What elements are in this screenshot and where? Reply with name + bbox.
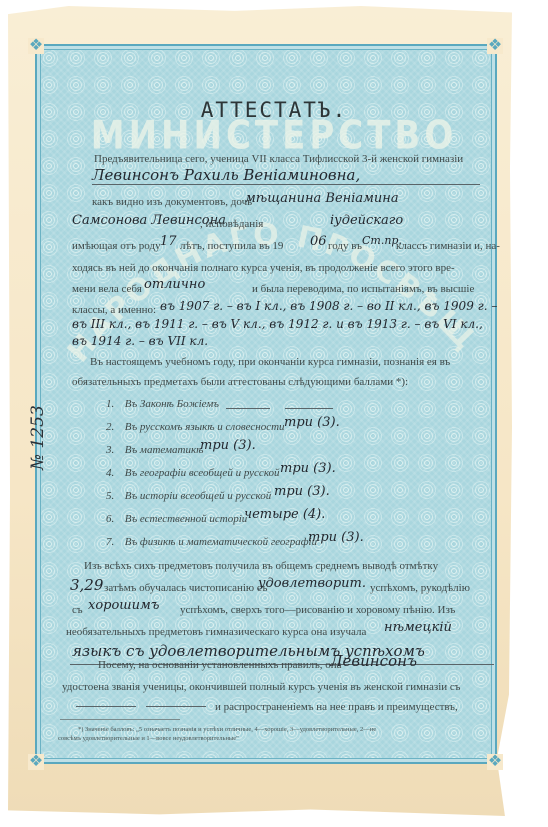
- subject-grade: три (3).: [200, 438, 256, 453]
- summary-line-4: необязательныхъ предметовъ гимназическаг…: [66, 626, 366, 638]
- conclusion-line-1: Посему, на основаніи установленныхъ прав…: [98, 659, 342, 671]
- subject-grade: четыре (4).: [244, 507, 325, 522]
- intro-line-3: , исповѣданія: [200, 218, 263, 230]
- conclusion-line-3: и распространеніемъ на нее правъ и преим…: [215, 701, 458, 713]
- fill-line: [76, 706, 136, 707]
- student-name: Левинсонъ Рахиль Веніаминовна,: [92, 166, 360, 184]
- intro-line-4b: лѣтъ, поступила въ 19: [180, 240, 283, 252]
- subject-row: 2. Въ русскомъ языкѣ и словесности: [106, 421, 285, 433]
- fill-line: [92, 184, 480, 185]
- conclusion-name: Левинсонъ: [330, 652, 417, 670]
- subject-num: 7.: [106, 536, 122, 548]
- promotions-3: въ 1914 г. – въ VII кл.: [72, 334, 208, 348]
- subject-row: 7. Въ физикѣ и математической географіи: [106, 536, 317, 548]
- subject-num: 1.: [106, 398, 122, 410]
- subject-name: Въ русскомъ языкѣ и словесности: [125, 421, 285, 433]
- footnote-line-1: *) Значеніе балловъ: „5 означаетъ познан…: [78, 726, 376, 733]
- subject-name: Въ естественной исторіи: [125, 513, 248, 525]
- summary-line-3a: съ: [72, 604, 83, 616]
- subject-name: Въ географіи всеобщей и русской: [125, 467, 280, 479]
- intro-line-6b: и была переводима, по испытаніямъ, въ вы…: [252, 283, 474, 295]
- promotions-1: въ 1907 г. – въ I кл., въ 1908 г. – во I…: [160, 299, 497, 313]
- document-title: АТТЕСТАТЪ.: [0, 98, 548, 122]
- intro-line-2: какъ видно изъ документовъ, дочь: [92, 196, 252, 208]
- subject-grade: три (3).: [284, 415, 340, 430]
- intro-line-4c: году въ: [328, 240, 362, 252]
- subject-row: 6. Въ естественной исторіи: [106, 513, 247, 525]
- penmanship-grade: удовлетворит.: [258, 576, 366, 591]
- conclusion-line-2: удостоена званія ученицы, окончившей пол…: [62, 681, 460, 693]
- subject-name: Въ математикѣ: [125, 444, 204, 456]
- corner-ornament-icon: ❖: [487, 38, 503, 54]
- corner-ornament-icon: ❖: [28, 754, 44, 770]
- summary-line-2a: затѣмъ обучалась чистописанію съ: [104, 582, 267, 594]
- subject-num: 5.: [106, 490, 122, 502]
- subject-name: Въ исторіи всеобщей и русской: [125, 490, 272, 502]
- subject-grade: три (3).: [280, 461, 336, 476]
- subject-num: 2.: [106, 421, 122, 433]
- subject-grade: три (3).: [274, 484, 330, 499]
- exam-intro-1: Въ настоящемъ учебномъ году, при окончан…: [90, 356, 450, 368]
- age: 17: [160, 234, 177, 249]
- subject-name: Въ физикѣ и математической географіи: [125, 536, 317, 548]
- subject-row: 3. Въ математикѣ: [106, 444, 203, 456]
- fill-line: [146, 706, 206, 707]
- conduct: отлично: [144, 277, 205, 292]
- average-grade: 3,29: [70, 576, 103, 594]
- subject-num: 4.: [106, 467, 122, 479]
- subject-row: 5. Въ исторіи всеобщей и русской: [106, 490, 271, 502]
- intro-line-1: Предъявительница сего, ученица VII класс…: [94, 153, 463, 165]
- summary-line-3b: успѣхомъ, сверхъ того—рисованію и хорово…: [180, 604, 455, 616]
- religion: іудейскаго: [330, 213, 403, 228]
- subject-row: 1. Въ Законѣ Божіемъ: [106, 398, 219, 410]
- subject-num: 3.: [106, 444, 122, 456]
- optional-subject: нѣмецкій: [384, 620, 452, 635]
- entry-year: 06: [310, 234, 327, 249]
- intro-line-6a: мени вела себя: [72, 283, 142, 295]
- intro-line-4d: классъ гимназіи и, на-: [396, 240, 500, 252]
- intro-line-4a: имѣющая отъ роду: [72, 240, 161, 252]
- father-name: мѣщанина Веніамина: [245, 191, 399, 206]
- promotions-2: въ III кл., въ 1911 г. – въ V кл., въ 19…: [72, 317, 483, 331]
- grade-line: [226, 408, 270, 409]
- intro-line-7: классы, а именно:: [72, 304, 156, 316]
- needlework-grade: хорошимъ: [88, 598, 159, 613]
- subject-grade: три (3).: [308, 530, 364, 545]
- serial-number: № 1253: [28, 405, 48, 470]
- summary-line-2b: успѣхомъ, рукодѣлію: [370, 582, 470, 594]
- summary-line-1: Изъ всѣхъ сихъ предметовъ получила въ об…: [84, 560, 438, 572]
- corner-ornament-icon: ❖: [28, 38, 44, 54]
- subject-num: 6.: [106, 513, 122, 525]
- subject-row: 4. Въ географіи всеобщей и русской: [106, 467, 280, 479]
- corner-ornament-icon: ❖: [487, 754, 503, 770]
- intro-line-5: ходясь въ ней до окончанія полнаго курса…: [72, 262, 455, 274]
- footnote-line-2: совсѣмъ удовлетворительные и 1—вовсе неу…: [58, 735, 239, 742]
- grade-line: [285, 408, 333, 409]
- footnote-rule: [60, 719, 180, 720]
- subject-name: Въ Законѣ Божіемъ: [125, 398, 219, 410]
- exam-intro-2: обязательныхъ предметахъ были аттестован…: [72, 376, 408, 388]
